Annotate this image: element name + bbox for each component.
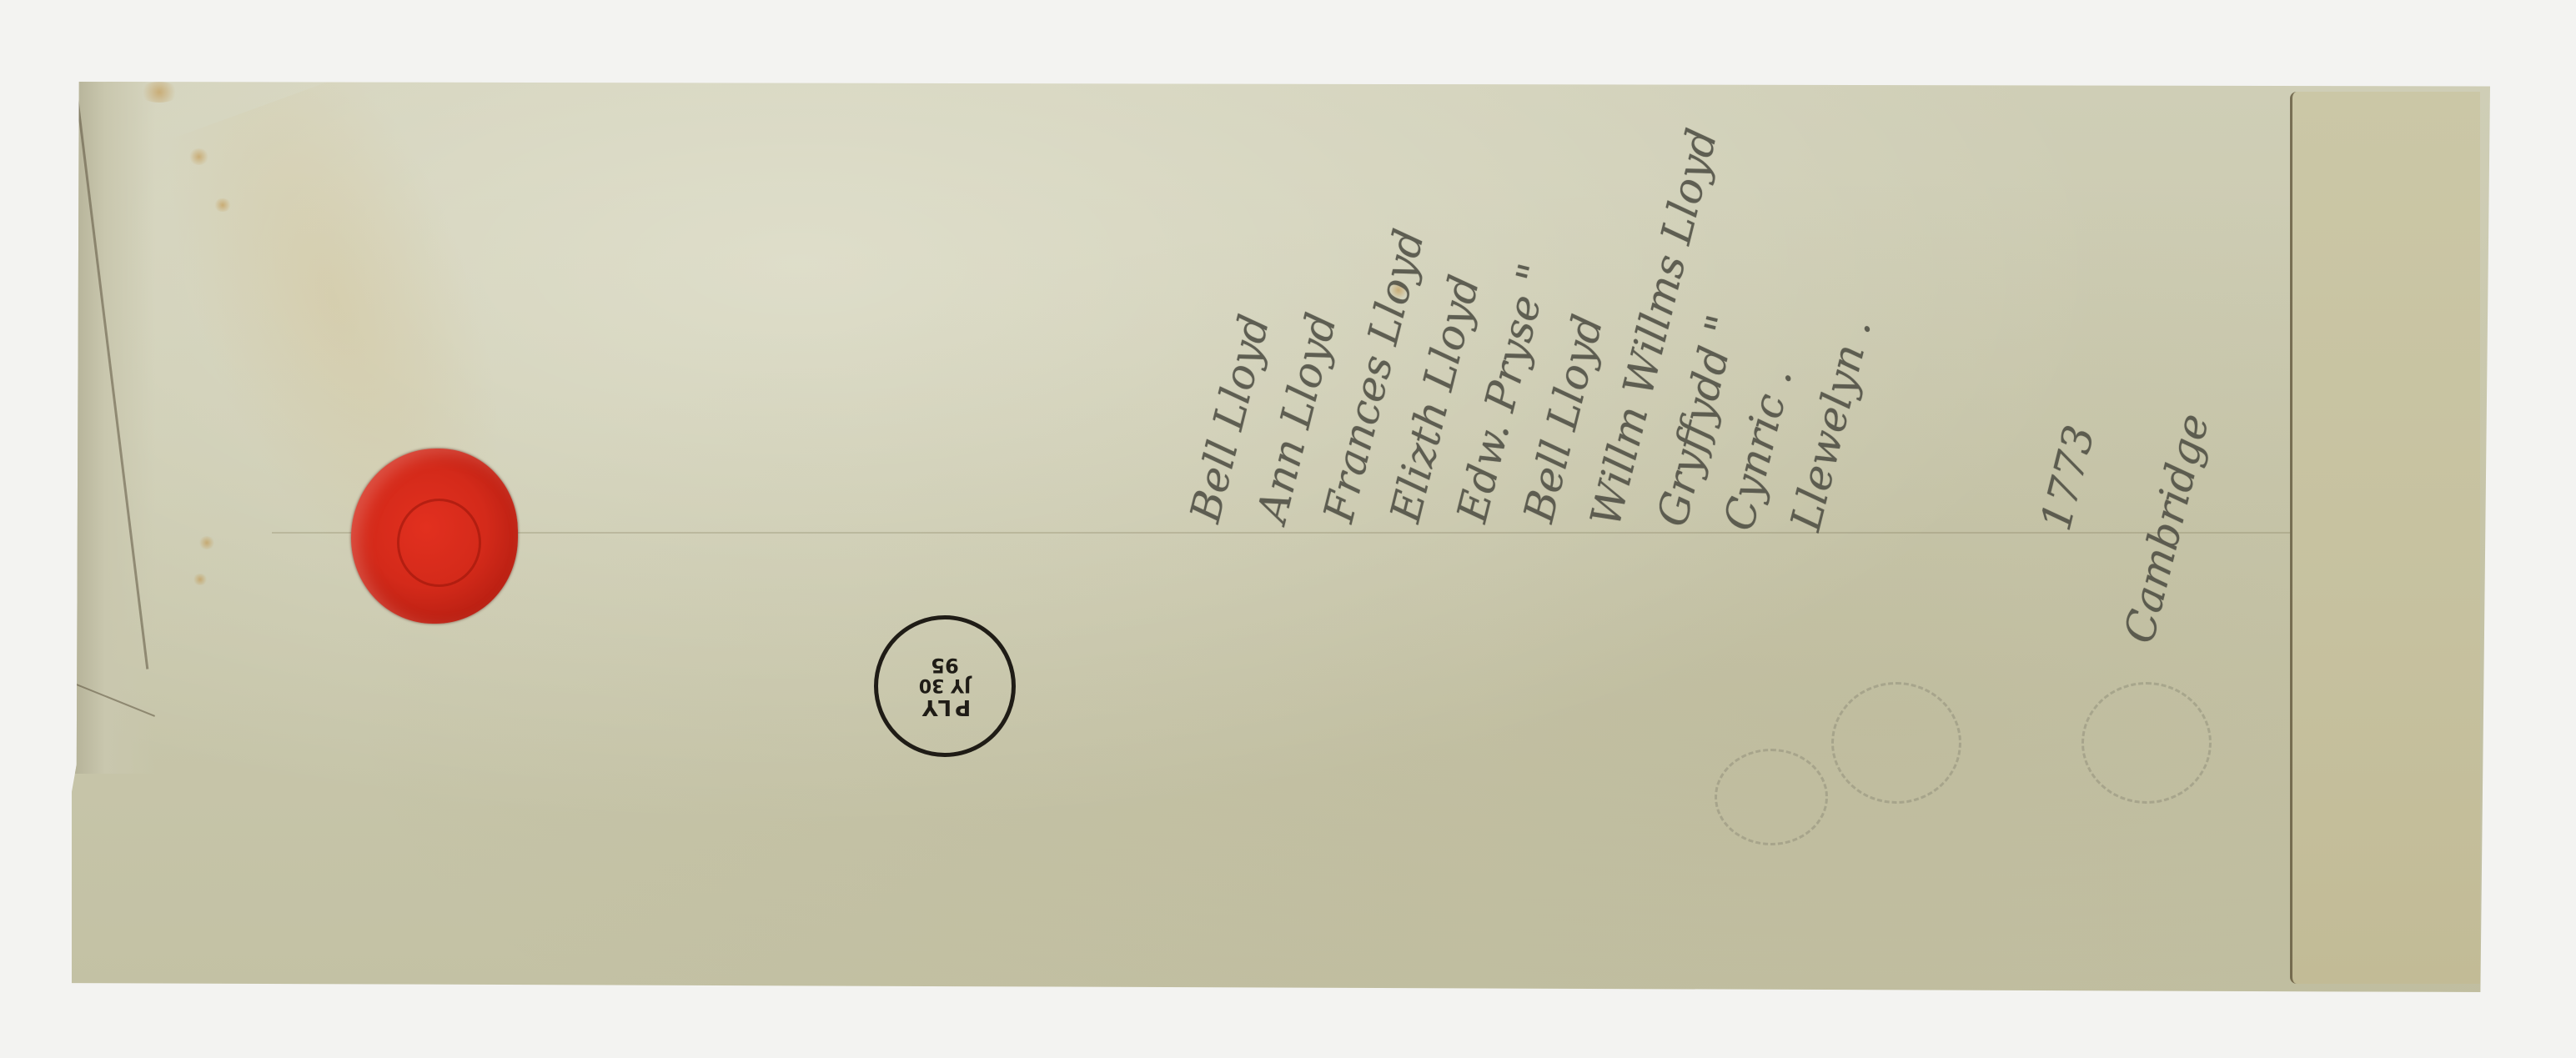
postmark: PLY JY 30 95 bbox=[874, 615, 1016, 757]
foxing-spot bbox=[198, 536, 215, 549]
envelope-left-edge bbox=[72, 82, 155, 774]
postmark-year: 95 bbox=[931, 654, 958, 675]
handwritten-year: 1773 bbox=[2031, 421, 2104, 536]
handwritten-place: Cambridge bbox=[2115, 409, 2218, 648]
wax-seal bbox=[351, 449, 518, 624]
postmark-town: PLY bbox=[919, 695, 971, 718]
foxing-spot bbox=[193, 574, 208, 585]
envelope-side-flap bbox=[2290, 92, 2480, 984]
fold-line bbox=[272, 532, 2365, 534]
foxing-spot bbox=[213, 198, 232, 212]
foxing-spot bbox=[138, 82, 180, 103]
handwritten-name: Llewelyn . bbox=[1781, 313, 1881, 535]
postmark-date: JY 30 bbox=[919, 675, 971, 694]
faint-postmark bbox=[1715, 749, 1828, 845]
envelope: PLY JY 30 95 Bell Lloyd Ann Lloyd France… bbox=[72, 82, 2490, 992]
faint-postmark bbox=[2081, 682, 2212, 804]
faint-postmark bbox=[1831, 682, 1961, 804]
foxing-spot bbox=[188, 148, 209, 165]
